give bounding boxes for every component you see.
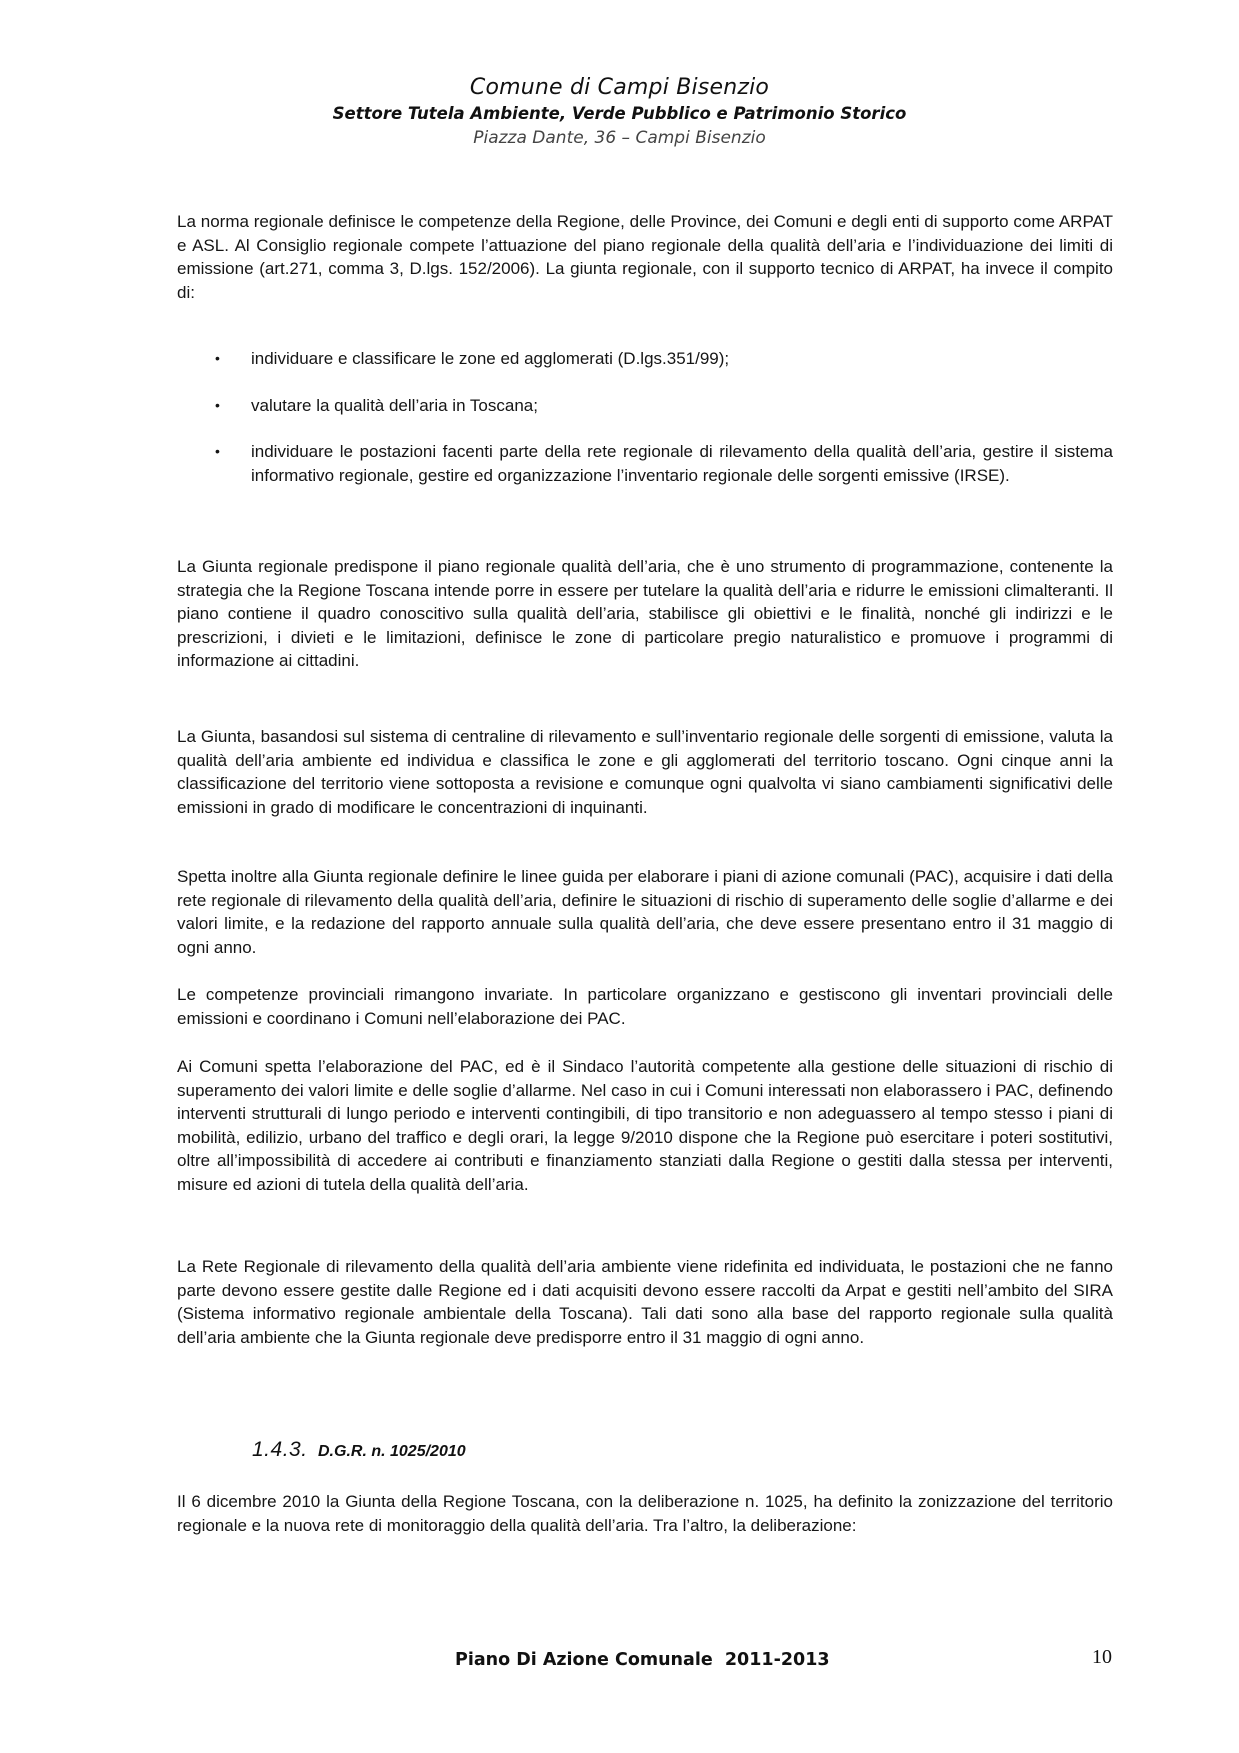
document-page: Comune di Campi Bisenzio Settore Tutela … [0,0,1239,1753]
section-heading: 1.4.3. D.G.R. n. 1025/2010 [252,1438,466,1462]
header-sector: Settore Tutela Ambiente, Verde Pubblico … [0,102,1239,126]
paragraph-regional-network: La Rete Regionale di rilevamento della q… [177,1255,1113,1349]
paragraph-text: La Rete Regionale di rilevamento della q… [177,1255,1113,1349]
bullet-text: valutare la qualità dell’aria in Toscana… [251,396,538,415]
bullet-text: individuare e classificare le zone ed ag… [251,349,729,368]
bullet-item: • valutare la qualità dell’aria in Tosca… [177,394,1113,418]
footer-document-title: Piano Di Azione Comunale 2011-2013 [455,1650,830,1670]
paragraph-text: Spetta inoltre alla Giunta regionale def… [177,865,1113,959]
bullet-icon: • [215,394,220,418]
paragraph-text: Le competenze provinciali rimangono inva… [177,983,1113,1030]
paragraph-regional-plan: La Giunta regionale predispone il piano … [177,555,1113,673]
paragraph-text: Il 6 dicembre 2010 la Giunta della Regio… [177,1490,1113,1537]
header-address: Piazza Dante, 36 – Campi Bisenzio [0,126,1239,150]
bullet-text: individuare le postazioni facenti parte … [251,442,1113,485]
paragraph-text: Ai Comuni spetta l’elaborazione del PAC,… [177,1055,1113,1196]
header-municipality-title: Comune di Campi Bisenzio [0,74,1239,102]
bullet-icon: • [215,347,220,371]
bullet-item: • individuare e classificare le zone ed … [177,347,1113,371]
paragraph-pac-guidelines: Spetta inoltre alla Giunta regionale def… [177,865,1113,959]
bullet-item: • individuare le postazioni facenti part… [177,440,1113,487]
bullet-icon: • [215,440,220,464]
section-title: D.G.R. n. 1025/2010 [318,1443,466,1460]
bullet-list: • individuare e classificare le zone ed … [177,347,1113,487]
paragraph-municipal-competences: Ai Comuni spetta l’elaborazione del PAC,… [177,1055,1113,1196]
page-header: Comune di Campi Bisenzio Settore Tutela … [0,74,1239,150]
paragraph-zone-classification: La Giunta, basandosi sul sistema di cent… [177,725,1113,819]
paragraph-text: La Giunta, basandosi sul sistema di cent… [177,725,1113,819]
page-number: 10 [1092,1646,1112,1669]
paragraph-dgr-1025: Il 6 dicembre 2010 la Giunta della Regio… [177,1490,1113,1537]
section-number: 1.4.3. [252,1438,308,1461]
paragraph-provincial-competences: Le competenze provinciali rimangono inva… [177,983,1113,1030]
paragraph-competences: La norma regionale definisce le competen… [177,210,1113,304]
paragraph-text: La norma regionale definisce le competen… [177,210,1113,304]
paragraph-text: La Giunta regionale predispone il piano … [177,555,1113,673]
